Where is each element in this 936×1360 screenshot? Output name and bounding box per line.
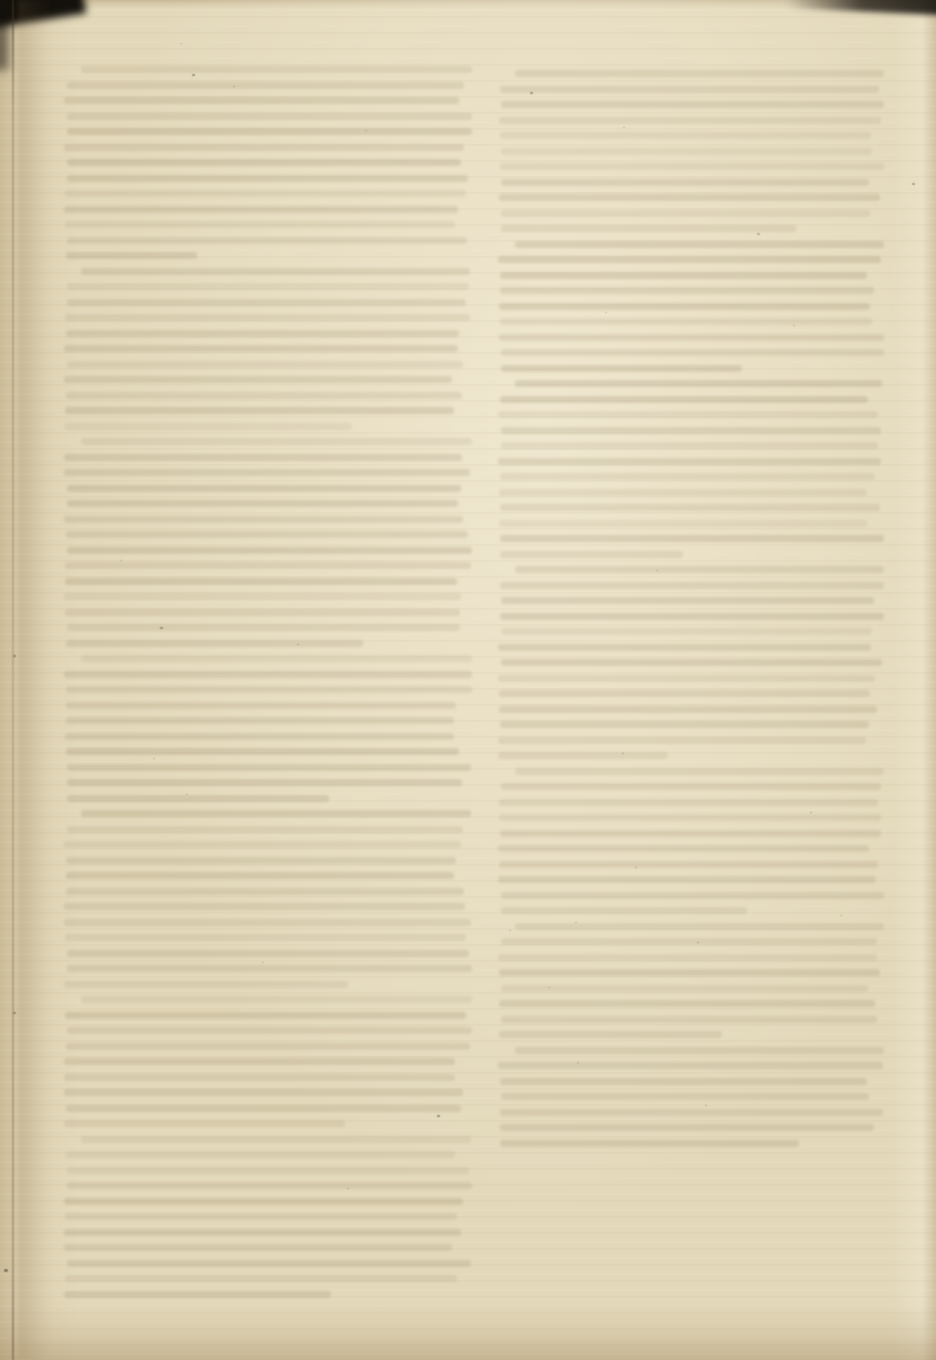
faded-text-line bbox=[66, 330, 459, 337]
faded-text-line bbox=[501, 101, 884, 108]
faded-text-line bbox=[515, 566, 884, 573]
faded-text-line bbox=[501, 1016, 877, 1023]
faded-text-line bbox=[65, 733, 454, 740]
faded-text-line bbox=[515, 241, 884, 248]
faded-text-line bbox=[500, 473, 875, 480]
faded-text-line bbox=[66, 252, 197, 259]
faded-text-line bbox=[64, 144, 464, 151]
bottom-edge-vignette bbox=[0, 1300, 936, 1360]
faded-text-line bbox=[500, 1078, 867, 1085]
faded-text-line bbox=[67, 795, 329, 802]
faded-text-line bbox=[67, 283, 469, 290]
faded-text-line bbox=[67, 82, 464, 89]
faded-text-line bbox=[67, 624, 460, 631]
faded-text-line bbox=[67, 175, 468, 182]
faded-text-line bbox=[501, 442, 878, 449]
text-column-right bbox=[498, 70, 884, 1155]
foxing-speck bbox=[180, 43, 182, 44]
scan-corner-top-left-tail bbox=[0, 10, 8, 70]
faded-text-line bbox=[515, 768, 884, 775]
scanned-page bbox=[0, 0, 936, 1360]
faded-text-line bbox=[500, 1124, 874, 1131]
faded-text-line bbox=[498, 411, 878, 418]
faded-text-line bbox=[499, 969, 880, 976]
foxing-speck bbox=[623, 127, 625, 128]
foxing-speck bbox=[365, 130, 367, 131]
faded-text-line bbox=[66, 640, 363, 647]
faded-text-line bbox=[64, 841, 461, 848]
faded-text-line bbox=[500, 86, 879, 93]
faded-text-line bbox=[65, 578, 457, 585]
faded-text-line bbox=[64, 1198, 463, 1205]
foxing-speck bbox=[509, 930, 511, 931]
faded-text-line bbox=[65, 1275, 457, 1282]
faded-text-line bbox=[66, 717, 454, 724]
faded-text-line bbox=[498, 752, 668, 759]
foxing-speck bbox=[622, 753, 624, 754]
faded-text-line bbox=[64, 1089, 463, 1096]
foxing-speck bbox=[13, 655, 16, 657]
faded-text-line bbox=[500, 318, 872, 325]
faded-text-line bbox=[67, 113, 472, 120]
foxing-speck bbox=[793, 325, 795, 326]
faded-text-line bbox=[498, 256, 881, 263]
faded-text-line bbox=[65, 934, 466, 941]
faded-text-line bbox=[67, 159, 461, 166]
foxing-speck bbox=[575, 922, 577, 923]
faded-text-line bbox=[501, 938, 877, 945]
faded-text-line bbox=[67, 826, 463, 833]
foxing-speck bbox=[697, 942, 699, 943]
faded-text-line bbox=[64, 97, 459, 104]
foxing-speck bbox=[437, 1115, 440, 1117]
faded-text-line bbox=[64, 1244, 452, 1251]
faded-text-line bbox=[64, 1291, 331, 1298]
faded-text-line bbox=[67, 1182, 472, 1189]
foxing-speck bbox=[186, 794, 188, 795]
faded-text-line bbox=[67, 764, 471, 771]
faded-text-line bbox=[66, 686, 472, 693]
faded-text-line bbox=[498, 737, 866, 744]
faded-text-line bbox=[64, 1120, 345, 1127]
faded-text-line bbox=[66, 857, 456, 864]
faded-text-line bbox=[66, 531, 468, 538]
faded-text-line bbox=[498, 458, 881, 465]
faded-text-line bbox=[501, 628, 872, 635]
foxing-speck bbox=[530, 92, 533, 94]
faded-text-line bbox=[64, 206, 458, 213]
faded-text-line bbox=[67, 965, 472, 972]
foxing-speck bbox=[912, 183, 915, 185]
faded-text-line bbox=[66, 888, 464, 895]
faded-text-line bbox=[67, 1167, 469, 1174]
faded-text-line bbox=[501, 148, 872, 155]
faded-text-line bbox=[64, 919, 471, 926]
faded-text-line bbox=[501, 892, 884, 899]
faded-text-line bbox=[498, 644, 871, 651]
faded-text-line bbox=[67, 1260, 471, 1267]
faded-text-line bbox=[500, 287, 874, 294]
foxing-speck bbox=[635, 867, 637, 868]
faded-text-line bbox=[66, 702, 456, 709]
faded-text-line bbox=[64, 454, 462, 461]
foxing-speck bbox=[705, 1105, 707, 1106]
faded-text-line bbox=[81, 1136, 471, 1143]
faded-text-line bbox=[501, 907, 747, 914]
faded-text-line bbox=[65, 314, 470, 321]
faded-text-line bbox=[67, 237, 467, 244]
faded-text-line bbox=[65, 221, 455, 228]
faded-text-line bbox=[501, 783, 881, 790]
faded-text-line bbox=[500, 396, 868, 403]
faded-text-line bbox=[67, 128, 472, 135]
binding-crease-line bbox=[12, 0, 14, 1360]
faded-text-line bbox=[501, 179, 869, 186]
faded-text-line bbox=[498, 954, 877, 961]
foxing-speck bbox=[297, 644, 299, 645]
faded-text-line bbox=[81, 996, 472, 1003]
faded-text-line bbox=[67, 299, 466, 306]
binding-gutter-shadow bbox=[18, 0, 52, 1360]
foxing-speck bbox=[757, 233, 760, 235]
foxing-speck bbox=[233, 86, 235, 87]
faded-text-line bbox=[64, 376, 452, 383]
faded-text-line bbox=[81, 66, 472, 73]
faded-text-line bbox=[499, 814, 881, 821]
faded-text-line bbox=[498, 845, 869, 852]
faded-text-line bbox=[499, 1031, 722, 1038]
foxing-speck bbox=[160, 627, 163, 629]
faded-text-line bbox=[500, 272, 867, 279]
faded-text-line bbox=[501, 597, 874, 604]
faded-text-line bbox=[501, 1093, 869, 1100]
faded-text-line bbox=[66, 1151, 455, 1158]
faded-text-line bbox=[65, 423, 352, 430]
faded-text-line bbox=[65, 562, 471, 569]
faded-text-line bbox=[499, 799, 878, 806]
faded-text-line bbox=[500, 830, 881, 837]
faded-text-line bbox=[501, 210, 870, 217]
foxing-speck bbox=[605, 312, 607, 313]
faded-text-line bbox=[498, 675, 875, 682]
faded-text-line bbox=[66, 392, 462, 399]
faded-text-line bbox=[499, 194, 880, 201]
faded-text-line bbox=[81, 655, 472, 662]
faded-text-line bbox=[500, 535, 884, 542]
faded-text-line bbox=[66, 748, 459, 755]
faded-text-line bbox=[515, 1047, 884, 1054]
faded-text-line bbox=[499, 1000, 875, 1007]
faded-text-line bbox=[501, 427, 881, 434]
foxing-speck bbox=[810, 812, 812, 813]
faded-text-line bbox=[501, 659, 882, 666]
faded-text-line bbox=[81, 438, 472, 445]
foxing-speck bbox=[347, 1188, 349, 1189]
text-column-left bbox=[64, 66, 472, 1306]
faded-text-line bbox=[499, 690, 870, 697]
foxing-speck bbox=[4, 1269, 8, 1272]
faded-text-line bbox=[65, 1012, 466, 1019]
faded-text-line bbox=[499, 520, 867, 527]
faded-text-line bbox=[67, 1027, 472, 1034]
faded-text-line bbox=[515, 923, 884, 930]
faded-text-line bbox=[67, 485, 461, 492]
foxing-speck bbox=[120, 560, 122, 561]
faded-text-line bbox=[501, 349, 884, 356]
faded-text-line bbox=[500, 1109, 883, 1116]
foxing-speck bbox=[577, 1062, 579, 1063]
faded-text-line bbox=[64, 1229, 461, 1236]
faded-text-line bbox=[501, 225, 796, 232]
faded-text-line bbox=[499, 303, 870, 310]
faded-text-line bbox=[499, 861, 878, 868]
faded-text-line bbox=[500, 163, 884, 170]
faded-text-line bbox=[501, 365, 742, 372]
faded-text-line bbox=[64, 903, 465, 910]
faded-text-line bbox=[67, 500, 458, 507]
faded-text-line bbox=[64, 593, 461, 600]
foxing-speck bbox=[262, 962, 264, 963]
faded-text-line bbox=[499, 117, 881, 124]
faded-text-line bbox=[65, 1213, 457, 1220]
faded-text-line bbox=[67, 547, 472, 554]
foxing-speck bbox=[192, 74, 195, 76]
faded-text-line bbox=[65, 190, 466, 197]
faded-text-line bbox=[515, 380, 882, 387]
faded-text-line bbox=[67, 950, 469, 957]
faded-text-line bbox=[64, 1074, 455, 1081]
faded-text-line bbox=[499, 334, 884, 341]
faded-text-line bbox=[64, 1058, 455, 1065]
faded-text-line bbox=[81, 810, 471, 817]
faded-text-line bbox=[498, 1062, 883, 1069]
foxing-speck bbox=[840, 915, 842, 916]
faded-text-line bbox=[66, 872, 454, 879]
faded-text-line bbox=[65, 407, 454, 414]
faded-text-line bbox=[500, 582, 884, 589]
faded-text-line bbox=[67, 361, 463, 368]
faded-text-line bbox=[499, 706, 877, 713]
faded-text-line bbox=[498, 876, 876, 883]
faded-text-line bbox=[500, 721, 869, 728]
faded-text-line bbox=[81, 268, 470, 275]
faded-text-line bbox=[65, 609, 460, 616]
faded-text-line bbox=[66, 1105, 461, 1112]
faded-text-line bbox=[500, 504, 880, 511]
foxing-speck bbox=[656, 570, 658, 571]
faded-text-line bbox=[67, 779, 462, 786]
foxing-speck bbox=[548, 987, 550, 988]
faded-text-line bbox=[500, 551, 683, 558]
faded-text-line bbox=[499, 489, 867, 496]
faded-text-line bbox=[64, 469, 470, 476]
faded-text-line bbox=[500, 613, 884, 620]
faded-text-line bbox=[64, 981, 348, 988]
faded-text-line bbox=[500, 132, 871, 139]
foxing-speck bbox=[153, 758, 155, 759]
faded-text-line bbox=[500, 1140, 799, 1147]
foxing-speck bbox=[13, 1012, 16, 1014]
faded-text-line bbox=[501, 985, 868, 992]
faded-text-line bbox=[64, 671, 472, 678]
faded-text-line bbox=[64, 345, 458, 352]
faded-text-line bbox=[64, 516, 463, 523]
faded-text-line bbox=[515, 70, 884, 77]
scan-corner-top-right-shadow bbox=[786, 0, 936, 16]
faded-text-line bbox=[66, 1043, 470, 1050]
